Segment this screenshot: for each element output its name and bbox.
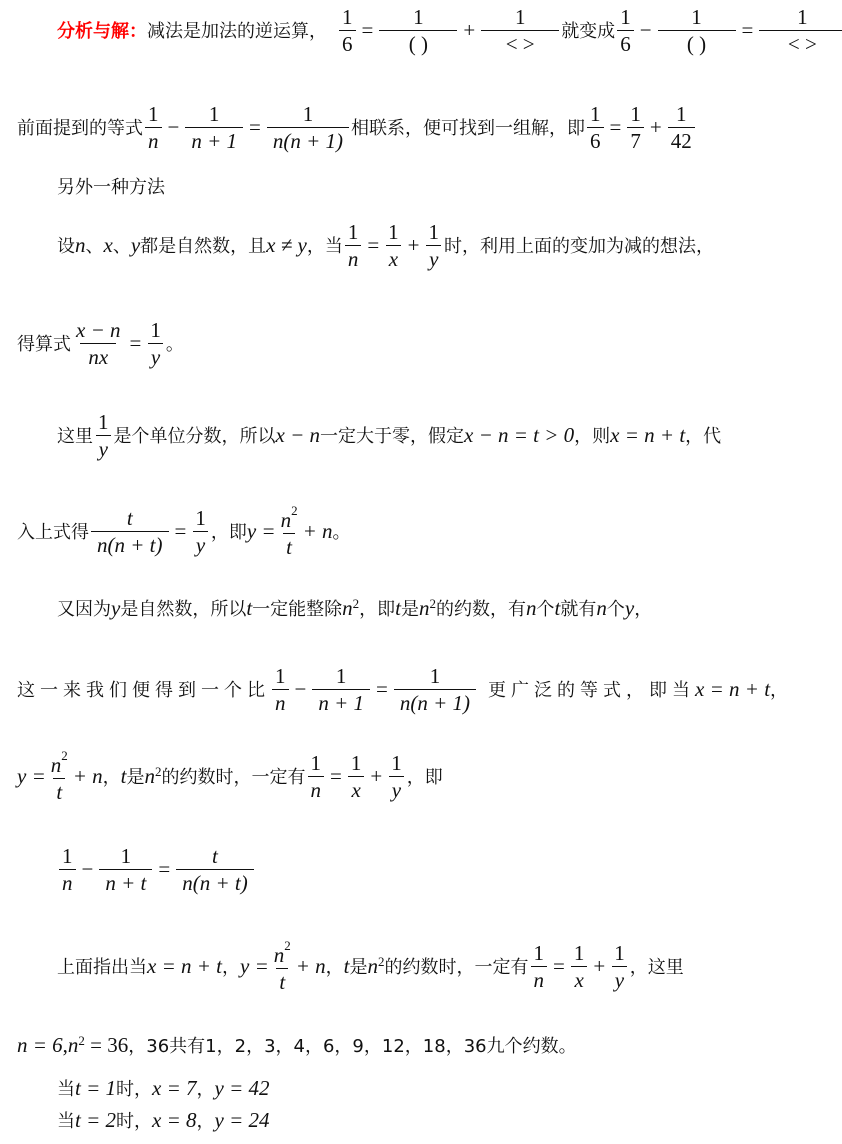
fraction: 17 bbox=[627, 101, 644, 154]
line-5: 得算式 x − nnx = 1y 。 bbox=[17, 314, 184, 372]
math: x = 8 bbox=[152, 1108, 197, 1133]
superscript: 2 bbox=[155, 764, 162, 780]
fraction: 1n + t bbox=[99, 843, 152, 896]
text: ，36共有1，2，3，4，6，9，12，18，36九个约数。 bbox=[128, 1032, 576, 1058]
math: y = bbox=[247, 519, 276, 544]
equals-sign: = bbox=[171, 519, 191, 544]
text: 当 bbox=[57, 1075, 75, 1101]
text: 设 bbox=[57, 232, 75, 258]
fraction: 1y bbox=[611, 940, 628, 993]
math: + n bbox=[296, 954, 326, 979]
math: y = 24 bbox=[215, 1108, 270, 1133]
line-8: 又因为 y 是自然数，所以 t 一定能整除 n2 ，即 t 是 n2 的约数，有… bbox=[57, 592, 652, 624]
text: 这里 bbox=[57, 422, 93, 448]
equals-sign: = bbox=[245, 115, 265, 140]
line-7: 入上式得 tn(n + t) = 1y ，即 y = n2t + n 。 bbox=[17, 500, 351, 562]
line-14: 当 t = 1 时， x = 7 ， y = 42 bbox=[57, 1074, 270, 1102]
text: 是自然数，所以 bbox=[120, 595, 246, 621]
math: x − n bbox=[276, 423, 321, 448]
text: 是 bbox=[350, 953, 368, 979]
fraction: 142 bbox=[668, 101, 695, 154]
minus-sign: − bbox=[164, 115, 184, 140]
text: 时， bbox=[116, 1075, 152, 1101]
fraction: n2t bbox=[48, 747, 71, 805]
text: 另外一种方法 bbox=[57, 173, 165, 199]
math: n bbox=[145, 764, 156, 789]
math: + n bbox=[73, 764, 103, 789]
fraction: 1n + 1 bbox=[312, 663, 370, 716]
line-3: 另外一种方法 bbox=[57, 172, 165, 200]
fraction: 1< > bbox=[759, 4, 842, 57]
fraction: n2t bbox=[271, 937, 294, 995]
text: 就变成 bbox=[561, 17, 615, 43]
text: 时，利用上面的变加为减的想法， bbox=[444, 232, 714, 258]
fraction: n2t bbox=[278, 502, 301, 560]
plus-sign: + bbox=[646, 115, 666, 140]
math: y bbox=[625, 596, 634, 621]
line-9: 这一来我们便得到一个比 1n − 1n + 1 = 1n(n + 1) 更广泛的… bbox=[17, 660, 788, 718]
text: ，这里 bbox=[630, 953, 684, 979]
fraction: 1y bbox=[147, 317, 164, 370]
text: 一定能整除 bbox=[252, 595, 342, 621]
math: y = bbox=[17, 764, 46, 789]
fraction: 1n bbox=[145, 101, 162, 154]
math: + n bbox=[303, 519, 333, 544]
math: n bbox=[368, 954, 379, 979]
text: 。 bbox=[166, 330, 184, 356]
fraction: 1( ) bbox=[379, 4, 457, 57]
math: n bbox=[596, 596, 607, 621]
text: ，则 bbox=[574, 422, 610, 448]
text: ， bbox=[103, 763, 121, 789]
fraction: 16 bbox=[339, 4, 356, 57]
math: y bbox=[111, 596, 120, 621]
fraction: tn(n + t) bbox=[91, 505, 169, 558]
math: y bbox=[131, 233, 140, 258]
line-1: 分析与解： 减法是加法的逆运算， 16 = 1( ) + 1< > 就变成 16… bbox=[57, 1, 842, 59]
plus-sign: + bbox=[589, 954, 609, 979]
equals-sign: = bbox=[363, 233, 383, 258]
math: x = n + t bbox=[610, 423, 685, 448]
text: ， bbox=[326, 953, 344, 979]
fraction: 1n + 1 bbox=[185, 101, 243, 154]
equals-sign: = bbox=[549, 954, 569, 979]
fraction: 1y bbox=[388, 750, 405, 803]
fraction: 1n bbox=[308, 750, 325, 803]
superscript: 2 bbox=[378, 954, 385, 970]
equals-sign: = bbox=[126, 331, 146, 356]
text: 的约数时，一定有 bbox=[385, 953, 529, 979]
text: ， bbox=[634, 595, 652, 621]
text: 是 bbox=[401, 595, 419, 621]
line-2: 前面提到的等式 1n − 1n + 1 = 1n(n + 1) 相联系，便可找到… bbox=[17, 98, 697, 156]
math: x − n = t > 0 bbox=[464, 423, 574, 448]
analysis-heading: 分析与解： bbox=[57, 17, 147, 43]
math: x ≠ y bbox=[266, 233, 307, 258]
fraction: 1y bbox=[95, 409, 112, 462]
fraction: 1< > bbox=[481, 4, 559, 57]
text: 、 bbox=[86, 232, 104, 258]
text: 时， bbox=[116, 1107, 152, 1133]
text: ，代 bbox=[685, 422, 721, 448]
fraction: 1n bbox=[531, 940, 548, 993]
line-15: 当 t = 2 时， x = 8 ， y = 24 bbox=[57, 1106, 270, 1134]
fraction: 1n bbox=[345, 219, 362, 272]
text: 。 bbox=[333, 518, 351, 544]
text: 前面提到的等式 bbox=[17, 114, 143, 140]
math: n bbox=[526, 596, 537, 621]
math: x = n + t bbox=[695, 677, 770, 702]
line-6: 这里 1y 是个单位分数，所以 x − n 一定大于零，假定 x − n = t… bbox=[57, 406, 721, 464]
plus-sign: + bbox=[459, 18, 479, 43]
math: x bbox=[104, 233, 113, 258]
text: 都是自然数，且 bbox=[140, 232, 266, 258]
text: 、 bbox=[113, 232, 131, 258]
text: 又因为 bbox=[57, 595, 111, 621]
text: 减法是加法的逆运算， bbox=[147, 17, 327, 43]
equals-sign: = bbox=[738, 18, 758, 43]
text: ， bbox=[770, 676, 788, 702]
text: 的约数，有 bbox=[436, 595, 526, 621]
math: n bbox=[419, 596, 430, 621]
fraction: 1x bbox=[348, 750, 365, 803]
math: y = 42 bbox=[215, 1076, 270, 1101]
line-11: 1n − 1n + t = tn(n + t) bbox=[57, 840, 256, 898]
plus-sign: + bbox=[366, 764, 386, 789]
fraction: 16 bbox=[587, 101, 604, 154]
text: 就有 bbox=[560, 595, 596, 621]
text: 上面指出当 bbox=[57, 953, 147, 979]
math: y = bbox=[240, 954, 269, 979]
text: 一定大于零，假定 bbox=[320, 422, 464, 448]
text: ，即 bbox=[359, 595, 395, 621]
text: 入上式得 bbox=[17, 518, 89, 544]
fraction: 16 bbox=[617, 4, 634, 57]
text: ，即 bbox=[407, 763, 443, 789]
line-10: y = n2t + n ， t 是 n2 的约数时，一定有 1n = 1x + … bbox=[17, 744, 443, 808]
math: n bbox=[68, 1033, 79, 1058]
math: n = 6 bbox=[17, 1033, 63, 1058]
text: 是个单位分数，所以 bbox=[114, 422, 276, 448]
line-4: 设 n 、 x 、 y 都是自然数，且 x ≠ y ，当 1n = 1x + 1… bbox=[57, 216, 714, 274]
minus-sign: − bbox=[78, 857, 98, 882]
text: ， bbox=[197, 1075, 215, 1101]
text: 个 bbox=[537, 595, 555, 621]
fraction: 1n(n + 1) bbox=[394, 663, 476, 716]
minus-sign: − bbox=[636, 18, 656, 43]
math: n bbox=[75, 233, 86, 258]
fraction: x − nnx bbox=[73, 317, 124, 370]
math: n bbox=[342, 596, 353, 621]
fraction: 1n(n + 1) bbox=[267, 101, 349, 154]
text: 个 bbox=[607, 595, 625, 621]
fraction: 1( ) bbox=[658, 4, 736, 57]
text: 得算式 bbox=[17, 330, 71, 356]
text: 更广泛的等式，即当 bbox=[488, 676, 695, 702]
math: t = 1 bbox=[75, 1076, 116, 1101]
fraction: 1y bbox=[426, 219, 443, 272]
plus-sign: + bbox=[404, 233, 424, 258]
fraction: tn(n + t) bbox=[176, 843, 254, 896]
text: ，即 bbox=[211, 518, 247, 544]
text: 是 bbox=[127, 763, 145, 789]
line-13: n = 6 , n2 = 36 ，36共有1，2，3，4，6，9，12，18，3… bbox=[17, 1030, 577, 1060]
text: ， bbox=[197, 1107, 215, 1133]
minus-sign: − bbox=[291, 677, 311, 702]
text: 当 bbox=[57, 1107, 75, 1133]
fraction: 1x bbox=[571, 940, 588, 993]
fraction: 1x bbox=[385, 219, 402, 272]
equals-sign: = bbox=[358, 18, 378, 43]
text: 这一来我们便得到一个比 bbox=[17, 676, 270, 702]
equals-sign: = bbox=[606, 115, 626, 140]
equals-sign: = bbox=[154, 857, 174, 882]
math: x = n + t bbox=[147, 954, 222, 979]
superscript: 2 bbox=[78, 1033, 85, 1049]
equals-sign: = bbox=[326, 764, 346, 789]
fraction: 1y bbox=[192, 505, 209, 558]
math: x = 7 bbox=[152, 1076, 197, 1101]
equals-sign: = bbox=[372, 677, 392, 702]
math: = 36 bbox=[85, 1033, 128, 1058]
fraction: 1n bbox=[272, 663, 289, 716]
superscript: 2 bbox=[430, 596, 437, 612]
line-12: 上面指出当 x = n + t ， y = n2t + n ， t 是 n2 的… bbox=[57, 934, 684, 998]
text: ，当 bbox=[307, 232, 343, 258]
superscript: 2 bbox=[353, 596, 360, 612]
text: 相联系，便可找到一组解，即 bbox=[351, 114, 585, 140]
text: ， bbox=[222, 953, 240, 979]
text: 的约数时，一定有 bbox=[162, 763, 306, 789]
math: t = 2 bbox=[75, 1108, 116, 1133]
fraction: 1n bbox=[59, 843, 76, 896]
